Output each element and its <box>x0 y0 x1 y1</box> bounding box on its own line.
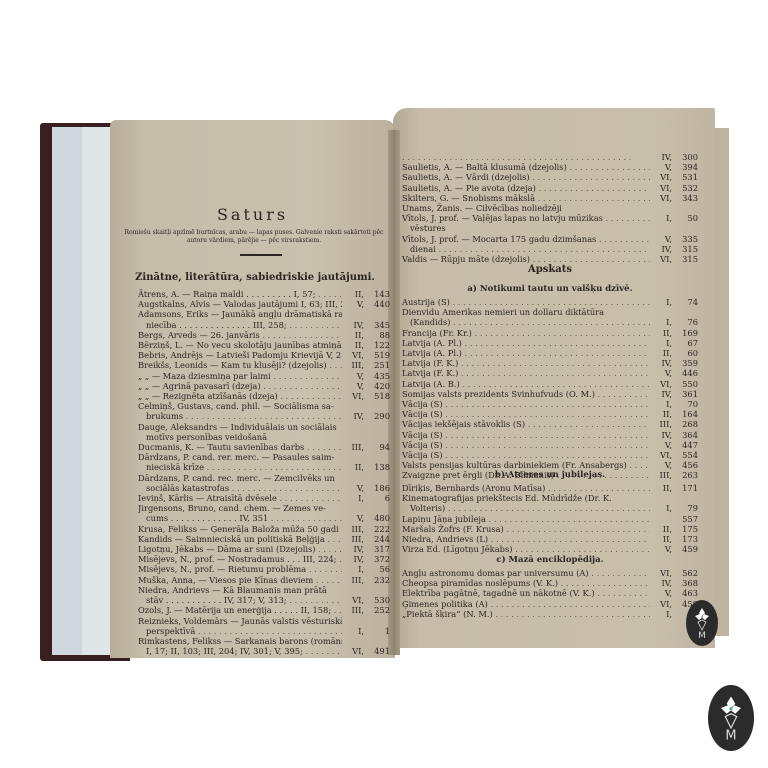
entry-title: Latvija (A. Pl.) <box>402 338 650 348</box>
toc-entry: motīvs personības veidošanā <box>138 432 390 442</box>
entry-title: Vācija (S) <box>402 430 650 440</box>
entry-title: Ieviņš, Kārlis — Atraisītā dvēsele <box>138 493 342 503</box>
entry-title: Dienvidu Amerikas nemieri un dollaru dik… <box>402 307 650 317</box>
toc-entry: Bergs, Arveds — 26. janvārisII,88 <box>138 330 390 340</box>
toc-entry: Krusa, Felikss — Ģenerāļa Baloža mūža 50… <box>138 524 390 534</box>
entry-volume: IV, <box>342 544 364 554</box>
toc-entry: Misējevs, N., prof. — Rietumu problēmaI,… <box>138 564 390 574</box>
toc-entry: Jirgensons, Bruno, cand. chem. — Zemes v… <box>138 503 390 513</box>
entry-title: Ozols, J. — Matērija un enerģija . . . .… <box>138 605 342 615</box>
entry-page: 480 <box>364 513 390 523</box>
page-title: Saturs <box>110 205 395 224</box>
entry-title: Latvija (F. K.) <box>402 358 650 368</box>
toc-entry: Dārdzans, P. cand. rec. merc. — Zemcilvē… <box>138 473 390 483</box>
entry-page <box>672 493 698 503</box>
entry-volume: I, <box>342 564 364 574</box>
section-title-science: Zinātne, literātūra, sabiedriskie jautāj… <box>110 272 400 283</box>
toc-entry: Bērziņš, L. — No vecu skolotāju jaunības… <box>138 340 390 350</box>
entry-title: „ „ — Maza dziesmiņa par laimi <box>138 371 342 381</box>
entry-page: 56 <box>364 564 390 574</box>
subsection-c-list: Angļu astronomu domas par universumu (A)… <box>402 568 698 619</box>
entry-page: 518 <box>364 391 390 401</box>
toc-entry: Unams, Žanis. — Cilvēcības noliedzēji <box>402 203 698 213</box>
toc-entry: Ģimenes politika (A)VI,459 <box>402 599 698 609</box>
entry-volume: III, <box>342 605 364 615</box>
entry-page: 173 <box>672 534 698 544</box>
entry-page <box>364 503 390 513</box>
toc-entry: „ „ — Agrinā pavasarī (dzeja)V,420 <box>138 381 390 391</box>
toc-entry: Angļu astronomu domas par universumu (A)… <box>402 568 698 578</box>
contents-note: Romiešu skaitļi apzīmē burtnīcas, arabu … <box>118 229 390 245</box>
entry-page: 317 <box>364 544 390 554</box>
entry-page <box>672 203 698 213</box>
entry-volume: VI, <box>342 391 364 401</box>
entry-title: Vācija (S) <box>402 450 650 460</box>
entry-page: 463 <box>672 588 698 598</box>
entry-title: Angļu astronomu domas par universumu (A) <box>402 568 650 578</box>
toc-entry: brukumsIV,290 <box>138 411 390 421</box>
entry-page: 88 <box>364 330 390 340</box>
entry-volume <box>650 223 672 233</box>
entry-title: Augstkalns, Alvis — Valodas jautājumi I,… <box>138 299 342 309</box>
toc-entry: Dīriķis, Bernhards (Aronu Matīsa)II,171 <box>402 483 698 493</box>
entry-volume <box>650 307 672 317</box>
entry-page: 94 <box>364 442 390 452</box>
entry-page: 169 <box>672 328 698 338</box>
entry-page: 361 <box>672 389 698 399</box>
entry-title: „Piektā šķira“ (N. M.) <box>402 609 650 619</box>
flower-monogram-icon: M <box>686 600 718 646</box>
entry-volume: V, <box>342 381 364 391</box>
entry-page: 50 <box>672 213 698 223</box>
entry-volume: I, <box>650 609 672 619</box>
entry-page: 70 <box>672 399 698 409</box>
toc-entry: Rimkastens, Felikss — Sarkanais barons (… <box>138 636 390 646</box>
entry-title: Saulietis, A. — Vārdi (dzejolis) <box>402 172 650 182</box>
toc-entry: „ „ — Maza dziesmiņa par laimiV,435 <box>138 371 390 381</box>
entry-page: 79 <box>672 503 698 513</box>
entry-title: Vītols, J. prof. — Vaļējas lapas no latv… <box>402 213 650 223</box>
toc-entry: sociālās katastrofasV,186 <box>138 483 390 493</box>
entry-volume: VI, <box>650 379 672 389</box>
entry-title: Adamsons, Eriks — Jaunākā angļu drāmatis… <box>138 309 342 319</box>
entry-title: Vācijas iekšējais stāvoklis (S) <box>402 419 650 429</box>
entry-volume: II, <box>342 340 364 350</box>
entry-title: Unams, Žanis. — Cilvēcības noliedzēji <box>402 203 650 213</box>
entry-volume: I, <box>342 626 364 636</box>
entry-volume <box>342 473 364 483</box>
entry-title: perspektīvā <box>146 626 342 636</box>
toc-entry: Niedra, Andrievs — Kā Blaumanis man prāt… <box>138 585 390 595</box>
svg-text:M: M <box>725 729 736 744</box>
left-entry-list: Ātrens, A. — Raiņa maldi . . . . . . . .… <box>138 289 390 656</box>
entry-title: Ligotņu, Jēkabs — Dāma ar suni (Dzejolis… <box>138 544 342 554</box>
toc-entry: Ozols, J. — Matērija un enerģija . . . .… <box>138 605 390 615</box>
toc-entry: Elektrība pagātnē, tagadnē un nākotnē (V… <box>402 588 698 598</box>
right-top-entry-list: IV,300Saulietis, A. — Baltā klusumā (dze… <box>402 152 698 264</box>
entry-title: Lapiņu Jāņa jubileja <box>402 514 650 524</box>
entry-title: Skilters, G. — Snobisms mākslā <box>402 193 650 203</box>
entry-volume: V, <box>342 483 364 493</box>
entry-volume: II, <box>650 409 672 419</box>
entry-title: Ātrens, A. — Raiņa maldi . . . . . . . .… <box>138 289 342 299</box>
toc-entry: Vācija (S)VI,554 <box>402 450 698 460</box>
entry-volume <box>342 309 364 319</box>
toc-entry: Latvija (F. K.)IV,359 <box>402 358 698 368</box>
entry-volume: VI, <box>650 254 672 264</box>
entry-volume: IV, <box>650 430 672 440</box>
toc-entry: Vācija (S)IV,364 <box>402 430 698 440</box>
toc-entry: Saulietis, A. — Pie avota (dzeja)VI,532 <box>402 183 698 193</box>
entry-title: Misējevs, N., prof. — Rietumu problēma <box>138 564 342 574</box>
toc-entry: stāv . . . . . . . . . . . IV, 317; V, 3… <box>138 595 390 605</box>
entry-page: 435 <box>364 371 390 381</box>
entry-page: 252 <box>364 605 390 615</box>
entry-title: Vācija (S) <box>402 399 650 409</box>
toc-entry: cums . . . . . . . . . . . . . IV, 351V,… <box>138 513 390 523</box>
subsection-b-list: Dīriķis, Bernhards (Aronu Matīsa)II,171K… <box>402 483 698 554</box>
entry-title: Maršals Žofrs (F. Krusa) <box>402 524 650 534</box>
entry-title: Krusa, Felikss — Ģenerāļa Baloža mūža 50… <box>138 524 342 534</box>
entry-page: 175 <box>672 524 698 534</box>
entry-volume: VI, <box>342 646 364 656</box>
entry-volume: VI, <box>650 172 672 182</box>
entry-title: Dārdzans, P. cand. rec. merc. — Zemcilvē… <box>138 473 342 483</box>
entry-page: 554 <box>672 450 698 460</box>
entry-title: Cheopsa piramīdas noslēpums (V. K.) <box>402 578 650 588</box>
entry-page <box>364 473 390 483</box>
entry-volume: II, <box>650 328 672 338</box>
toc-entry: Dārdzans, P. cand. rer. merc. — Pasaules… <box>138 452 390 462</box>
toc-entry: Breikšs, Leonids — Kam tu klusēji? (dzej… <box>138 360 390 370</box>
entry-title: brukums <box>146 411 342 421</box>
entry-volume: III, <box>342 524 364 534</box>
entry-title: Somijas valsts prezidents Svinhufvuds (O… <box>402 389 650 399</box>
entry-title: Vācija (S) <box>402 440 650 450</box>
entry-page <box>364 452 390 462</box>
entry-page: 138 <box>364 462 390 472</box>
entry-volume: VI, <box>650 450 672 460</box>
toc-entry: Dauge, Aleksandrs — Individuālais un soc… <box>138 422 390 432</box>
toc-entry: Latvija (A. Pl.)II,60 <box>402 348 698 358</box>
entry-title: stāv . . . . . . . . . . . IV, 317; V, 3… <box>146 595 342 605</box>
entry-title: (Kandids) <box>410 317 650 327</box>
entry-page: 300 <box>672 152 698 162</box>
toc-entry: Dienvidu Amerikas nemieri un dollaru dik… <box>402 307 698 317</box>
entry-page: 171 <box>672 483 698 493</box>
subsection-a-list: Austrija (S)I,74Dienvidu Amerikas nemier… <box>402 297 698 481</box>
entry-title: Latvija (A. Pl.) <box>402 348 650 358</box>
entry-title: I, 17; II, 103; III, 204; IV, 301; V, 39… <box>146 646 342 656</box>
entry-page: 420 <box>364 381 390 391</box>
entry-page: 244 <box>364 534 390 544</box>
entry-volume: I, <box>650 503 672 513</box>
entry-volume: I, <box>342 493 364 503</box>
entry-page: 186 <box>364 483 390 493</box>
entry-page: 67 <box>672 338 698 348</box>
toc-entry: dienaiIV,315 <box>402 244 698 254</box>
entry-title: Vītols, J. prof. — Mocarta 175 gadu dzim… <box>402 234 650 244</box>
entry-page: 372 <box>364 554 390 564</box>
entry-volume: V, <box>650 234 672 244</box>
toc-entry: Ducmanis, K. — Tautu savienības darbsIII… <box>138 442 390 452</box>
toc-entry: Skilters, G. — Snobisms mākslāVI,343 <box>402 193 698 203</box>
entry-volume: III, <box>342 534 364 544</box>
entry-volume: IV, <box>650 578 672 588</box>
entry-volume <box>342 616 364 626</box>
entry-title: nieciskā krīze <box>146 462 342 472</box>
entry-volume: VI, <box>342 595 364 605</box>
entry-page: 531 <box>672 172 698 182</box>
toc-entry: Vācija (S)I,70 <box>402 399 698 409</box>
entry-page: 364 <box>672 430 698 440</box>
entry-volume: I, <box>650 399 672 409</box>
entry-title: Ducmanis, K. — Tautu savienības darbs <box>138 442 342 452</box>
toc-entry: I, 17; II, 103; III, 204; IV, 301; V, 39… <box>138 646 390 656</box>
entry-page <box>364 422 390 432</box>
toc-entry: Vītols, J. prof. — Vaļējas lapas no latv… <box>402 213 698 223</box>
toc-entry: Vācija (S)II,164 <box>402 409 698 419</box>
entry-page: 519 <box>364 350 390 360</box>
entry-page: 222 <box>364 524 390 534</box>
toc-entry: Vācija (S)V,447 <box>402 440 698 450</box>
entry-volume: V, <box>650 588 672 598</box>
toc-entry: Latvija (A. Pl.)I,67 <box>402 338 698 348</box>
entry-title: Celmiņš, Gustavs, cand. phil. — Sociālis… <box>138 401 342 411</box>
entry-volume: V, <box>650 460 672 470</box>
entry-volume: I, <box>650 317 672 327</box>
entry-page: 446 <box>672 368 698 378</box>
entry-title: Breikšs, Leonids — Kam tu klusēji? (dzej… <box>138 360 342 370</box>
entry-title: Bērziņš, L. — No vecu skolotāju jaunības… <box>138 340 342 350</box>
entry-page: 1 <box>364 626 390 636</box>
entry-title: Bergs, Arveds — 26. janvāris <box>138 330 342 340</box>
entry-page: 315 <box>672 244 698 254</box>
entry-page: 447 <box>672 440 698 450</box>
watermark-logo: M <box>708 685 754 751</box>
entry-page <box>672 307 698 317</box>
toc-entry: Kinematografijas priekštecis Ed. Mūdrīdž… <box>402 493 698 503</box>
section-title-apskats: Apskats <box>395 264 705 275</box>
entry-title: niecība . . . . . . . . . . . . . . III,… <box>146 320 342 330</box>
toc-entry: Somijas valsts prezidents Svinhufvuds (O… <box>402 389 698 399</box>
entry-page <box>364 309 390 319</box>
entry-page: 76 <box>672 317 698 327</box>
entry-volume <box>650 493 672 503</box>
entry-title: Niedra, Andrievs — Kā Blaumanis man prāt… <box>138 585 342 595</box>
toc-entry: (Kandids)I,76 <box>402 317 698 327</box>
entry-page: 143 <box>364 289 390 299</box>
toc-entry: Ieviņš, Kārlis — Atraisītā dvēseleI,6 <box>138 493 390 503</box>
entry-title: „ „ — Agrinā pavasarī (dzeja) <box>138 381 342 391</box>
entry-page: 251 <box>364 360 390 370</box>
entry-page: 268 <box>672 419 698 429</box>
entry-volume: V, <box>342 299 364 309</box>
toc-entry: „Piektā šķira“ (N. M.)I,85 <box>402 609 698 619</box>
entry-title: Dārdzans, P. cand. rer. merc. — Pasaules… <box>138 452 342 462</box>
entry-volume: VI, <box>650 568 672 578</box>
subsection-title-a: a) Notikumi tautu un valšķu dzīvē. <box>395 284 705 294</box>
entry-page: 491 <box>364 646 390 656</box>
toc-entry: Muška, Anna, — Viesos pie Ķīnas dieviemI… <box>138 575 390 585</box>
toc-entry: niecība . . . . . . . . . . . . . . III,… <box>138 320 390 330</box>
entry-page: 530 <box>364 595 390 605</box>
entry-title: Ģimenes politika (A) <box>402 599 650 609</box>
entry-page: 74 <box>672 297 698 307</box>
entry-volume: V, <box>650 544 672 554</box>
toc-entry: Maršals Žofrs (F. Krusa)II,175 <box>402 524 698 534</box>
entry-volume <box>650 203 672 213</box>
subsection-title-b: b) Atceres un jubilejas. <box>395 470 705 480</box>
entry-title: Jirgensons, Bruno, cand. chem. — Zemes v… <box>138 503 342 513</box>
toc-entry: Ligotņu, Jēkabs — Dāma ar suni (Dzejolis… <box>138 544 390 554</box>
entry-title: sociālās katastrofas <box>146 483 342 493</box>
entry-page: 315 <box>672 254 698 264</box>
entry-volume <box>650 514 672 524</box>
entry-volume: IV, <box>342 411 364 421</box>
toc-entry: Lapiņu Jāņa jubileja557 <box>402 514 698 524</box>
entry-page: 335 <box>672 234 698 244</box>
entry-volume <box>342 636 364 646</box>
entry-volume: II, <box>650 348 672 358</box>
entry-title: Niedra, Andrievs (L) <box>402 534 650 544</box>
entry-page: 456 <box>672 460 698 470</box>
entry-volume: IV, <box>342 554 364 564</box>
entry-volume: II, <box>650 534 672 544</box>
entry-title: motīvs personības veidošanā <box>146 432 342 442</box>
entry-title: „ „ — Rezignēta atzīšanās (dzeja) <box>138 391 342 401</box>
entry-page: 394 <box>672 162 698 172</box>
toc-entry: Misējevs, N., prof. — Nostradamus . . . … <box>138 554 390 564</box>
entry-volume: III, <box>342 575 364 585</box>
entry-page <box>364 616 390 626</box>
toc-entry: vēstures <box>402 223 698 233</box>
entry-page: 557 <box>672 514 698 524</box>
entry-page: 164 <box>672 409 698 419</box>
entry-volume <box>342 503 364 513</box>
entry-page: 532 <box>672 183 698 193</box>
entry-title: Latvija (F. K.) <box>402 368 650 378</box>
entry-title: cums . . . . . . . . . . . . . IV, 351 <box>146 513 342 523</box>
toc-entry: IV,300 <box>402 152 698 162</box>
entry-volume: VI, <box>650 193 672 203</box>
toc-entry: Virza Ed. (Līgotņu Jēkabs)V,459 <box>402 544 698 554</box>
entry-title: Reiznieks, Voldemārs — Jaunās valstis vē… <box>138 616 342 626</box>
entry-page: 550 <box>672 379 698 389</box>
toc-entry: Volteris)I,79 <box>402 503 698 513</box>
entry-volume: IV, <box>650 152 672 162</box>
entry-page <box>364 401 390 411</box>
entry-title <box>402 152 650 162</box>
entry-volume: V, <box>342 513 364 523</box>
entry-volume: II, <box>342 330 364 340</box>
entry-title: Rimkastens, Felikss — Sarkanais barons (… <box>138 636 342 646</box>
watermark-logo-small: M <box>686 600 718 646</box>
entry-title: dienai <box>410 244 650 254</box>
toc-entry: Vācijas iekšējais stāvoklis (S)III,268 <box>402 419 698 429</box>
entry-volume: III, <box>342 360 364 370</box>
entry-page: 368 <box>672 578 698 588</box>
toc-entry: Kandids — Saimnieciskā un politiskā Beļģ… <box>138 534 390 544</box>
entry-volume: II, <box>342 289 364 299</box>
entry-title: Vācija (S) <box>402 409 650 419</box>
toc-entry: Cheopsa piramīdas noslēpums (V. K.)IV,36… <box>402 578 698 588</box>
toc-entry: Bebris, Andrējs — Latvieši Padomju Kriev… <box>138 350 390 360</box>
toc-entry: Adamsons, Eriks — Jaunākā angļu drāmatis… <box>138 309 390 319</box>
entry-volume: VI, <box>650 599 672 609</box>
entry-title: Dauge, Aleksandrs — Individuālais un soc… <box>138 422 342 432</box>
toc-entry: Augstkalns, Alvis — Valodas jautājumi I,… <box>138 299 390 309</box>
toc-entry: Saulietis, A. — Baltā klusumā (dzejolis)… <box>402 162 698 172</box>
entry-page: 122 <box>364 340 390 350</box>
toc-entry: Niedra, Andrievs (L)II,173 <box>402 534 698 544</box>
toc-entry: Celmiņš, Gustavs, cand. phil. — Sociālis… <box>138 401 390 411</box>
entry-title: Dīriķis, Bernhards (Aronu Matīsa) <box>402 483 650 493</box>
entry-volume <box>342 401 364 411</box>
toc-entry: Latvija (F. K.)V,446 <box>402 368 698 378</box>
toc-entry: Austrija (S)I,74 <box>402 297 698 307</box>
entry-volume <box>342 422 364 432</box>
entry-volume: V, <box>650 162 672 172</box>
entry-volume: III, <box>650 419 672 429</box>
entry-title: Austrija (S) <box>402 297 650 307</box>
entry-page <box>672 223 698 233</box>
entry-title: vēstures <box>410 223 650 233</box>
entry-page <box>364 636 390 646</box>
toc-entry: Latvija (A. B.)VI,550 <box>402 379 698 389</box>
entry-title: Misējevs, N., prof. — Nostradamus . . . … <box>138 554 342 564</box>
entry-title: Bebris, Andrējs — Latvieši Padomju Kriev… <box>138 350 342 360</box>
entry-volume: V, <box>650 440 672 450</box>
entry-page: 232 <box>364 575 390 585</box>
entry-page <box>364 432 390 442</box>
entry-title: Francija (Fr. Kr.) <box>402 328 650 338</box>
entry-title: Saulietis, A. — Pie avota (dzeja) <box>402 183 650 193</box>
entry-title: Virza Ed. (Līgotņu Jēkabs) <box>402 544 650 554</box>
entry-page: 343 <box>672 193 698 203</box>
entry-volume: II, <box>342 462 364 472</box>
divider <box>240 254 282 256</box>
entry-page: 459 <box>672 544 698 554</box>
entry-volume <box>342 585 364 595</box>
entry-volume: I, <box>650 297 672 307</box>
entry-volume: V, <box>342 371 364 381</box>
toc-entry: Saulietis, A. — Vārdi (dzejolis)VI,531 <box>402 172 698 182</box>
entry-page: 359 <box>672 358 698 368</box>
entry-volume: VI, <box>342 350 364 360</box>
entry-volume: I, <box>650 338 672 348</box>
toc-entry: Ātrens, A. — Raiņa maldi . . . . . . . .… <box>138 289 390 299</box>
entry-page <box>364 585 390 595</box>
entry-page: 290 <box>364 411 390 421</box>
entry-title: Valdis — Rūpju māte (dzejolis) <box>402 254 650 264</box>
entry-volume: II, <box>650 524 672 534</box>
entry-page: 440 <box>364 299 390 309</box>
entry-title: Valsts pensijas kultūras darbiniekiem (F… <box>402 460 650 470</box>
entry-volume: IV, <box>342 320 364 330</box>
entry-volume: IV, <box>650 358 672 368</box>
entry-volume: III, <box>342 442 364 452</box>
toc-entry: Valsts pensijas kultūras darbiniekiem (F… <box>402 460 698 470</box>
entry-title: Muška, Anna, — Viesos pie Ķīnas dieviem <box>138 575 342 585</box>
entry-title: Elektrība pagātnē, tagadnē un nākotnē (V… <box>402 588 650 598</box>
entry-page: 345 <box>364 320 390 330</box>
svg-text:M: M <box>698 631 706 641</box>
toc-entry: Reiznieks, Voldemārs — Jaunās valstis vē… <box>138 616 390 626</box>
toc-entry: perspektīvāI,1 <box>138 626 390 636</box>
flower-monogram-icon: M <box>708 685 754 751</box>
toc-entry: „ „ — Rezignēta atzīšanās (dzeja)VI,518 <box>138 391 390 401</box>
